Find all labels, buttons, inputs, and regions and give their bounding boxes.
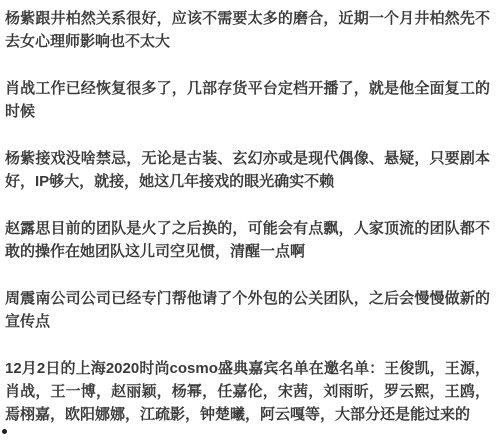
- paragraph-xiaozhan-work: 肖战工作已经恢复很多了，几部存货平台定档开播了，就是他全面复工的时候: [5, 77, 490, 123]
- gossip-text-article: 杨紫跟井柏然关系很好，应该不需要太多的磨合，近期一个月井柏然先不去女心理师影响也…: [0, 0, 499, 426]
- paragraph-zhouzhennan-pr: 周震南公司公司已经专门帮他请了个外包的公关团队，之后会慢慢做新的宣传点: [5, 287, 490, 333]
- paragraph-yangzi-scripts: 杨紫接戏没啥禁忌，无论是古装、玄幻亦或是现代偶像、悬疑，只要剧本好，IP够大，就…: [5, 147, 490, 193]
- trailing-bullet-dot: [2, 429, 7, 434]
- paragraph-zhaolusi-team: 赵露思目前的团队是火了之后换的，可能会有点飘，人家顶流的团队都不敢的操作在她团队…: [5, 217, 490, 263]
- paragraph-cosmo-guest-list: 12月2日的上海2020时尚cosmo盛典嘉宾名单在邀名单：王俊凯，王源，肖战，…: [5, 357, 490, 426]
- paragraph-yangzi-jingboran: 杨紫跟井柏然关系很好，应该不需要太多的磨合，近期一个月井柏然先不去女心理师影响也…: [5, 7, 490, 53]
